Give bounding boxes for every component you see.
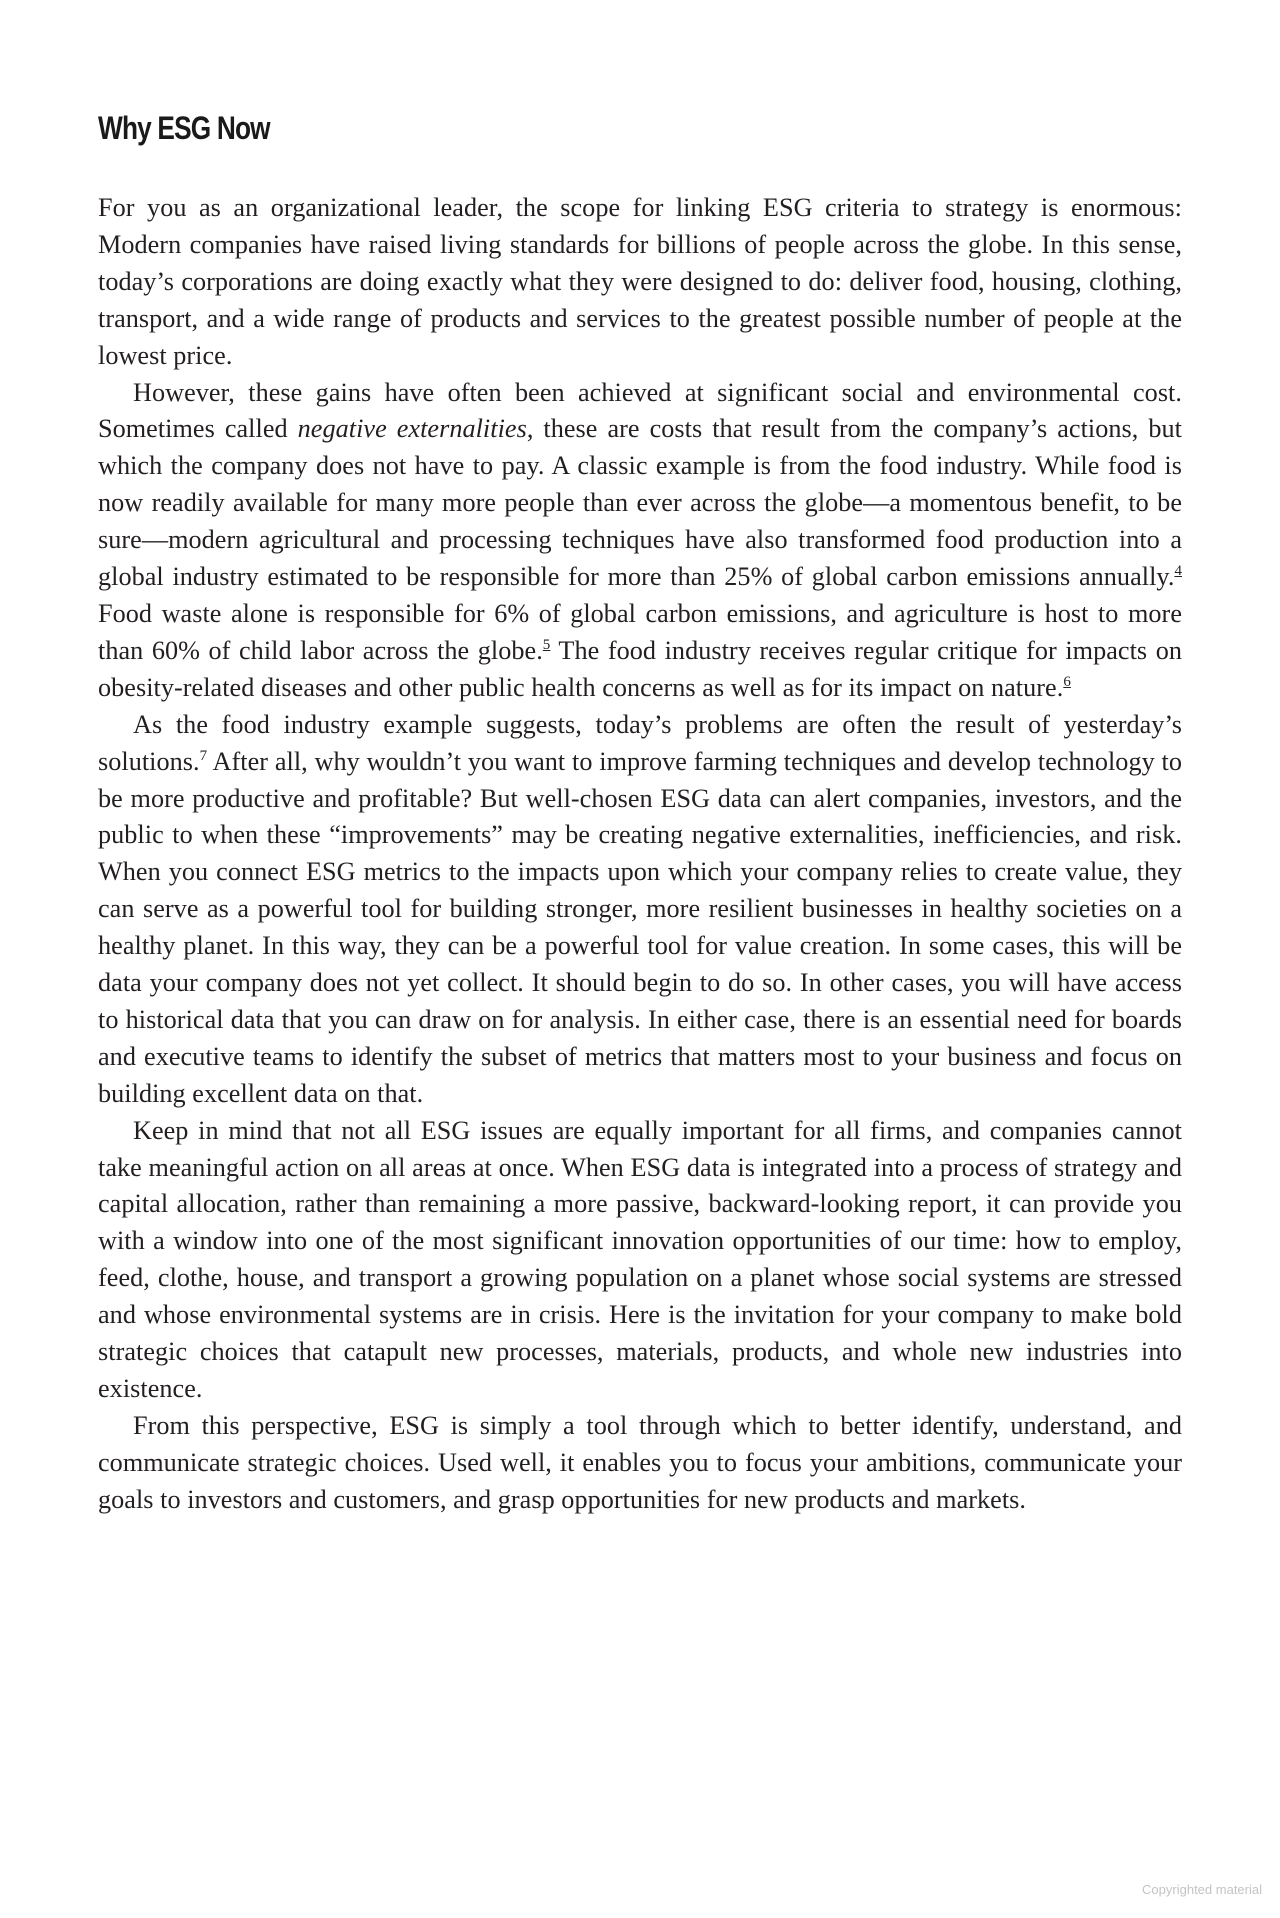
body-text: For you as an organizational leader, the…: [98, 190, 1182, 1519]
paragraph-text: Keep in mind that not all ESG issues are…: [98, 1116, 1182, 1403]
footnote-link-4[interactable]: 4: [1174, 563, 1182, 579]
paragraph-4: Keep in mind that not all ESG issues are…: [98, 1113, 1182, 1408]
paragraph-5: From this perspective, ESG is simply a t…: [98, 1408, 1182, 1519]
paragraph-text: From this perspective, ESG is simply a t…: [98, 1411, 1182, 1514]
paragraph-text: For you as an organizational leader, the…: [98, 193, 1182, 370]
paragraph-2: However, these gains have often been ach…: [98, 375, 1182, 707]
paragraph-1: For you as an organizational leader, the…: [98, 190, 1182, 375]
emphasized-term: negative externalities: [298, 414, 527, 443]
section-heading: Why ESG Now: [98, 108, 270, 148]
paragraph-text: After all, why wouldn’t you want to impr…: [98, 747, 1182, 1108]
footnote-link-6[interactable]: 6: [1063, 674, 1071, 690]
paragraph-3: As the food industry example suggests, t…: [98, 707, 1182, 1113]
copyright-watermark: Copyrighted material: [1142, 1882, 1262, 1897]
